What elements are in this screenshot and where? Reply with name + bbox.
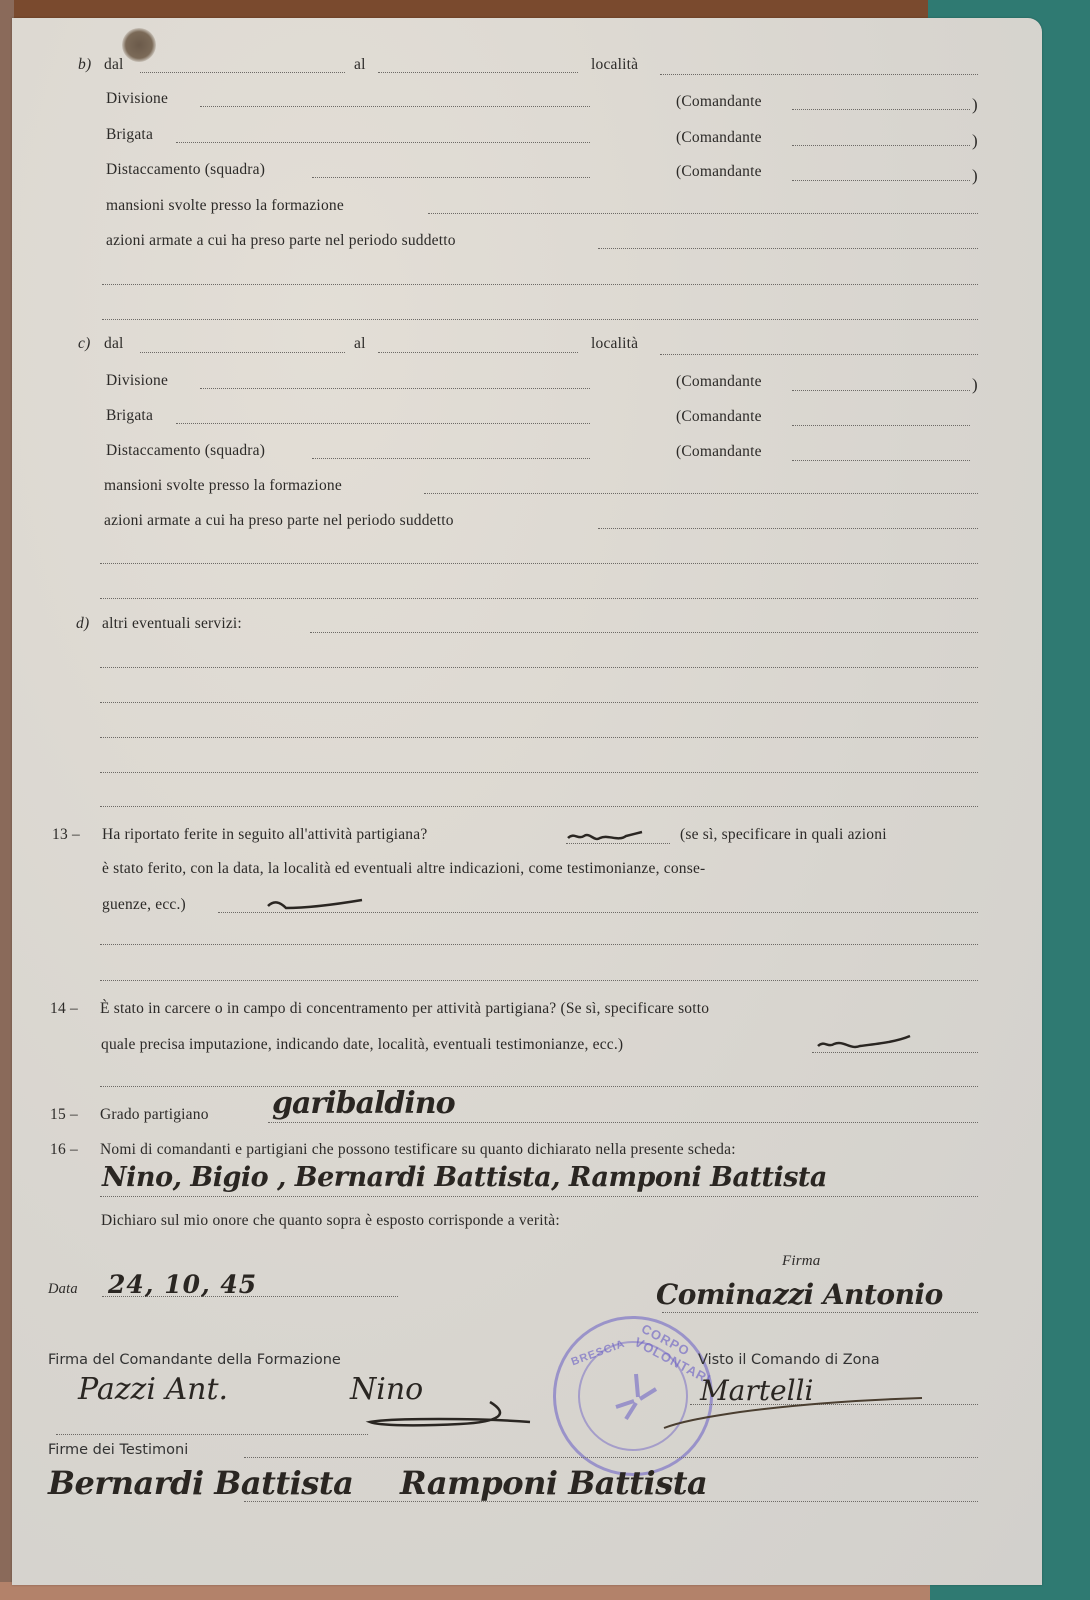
azioni-label: azioni armate a cui ha preso parte nel p… bbox=[106, 232, 456, 250]
al-label: al bbox=[354, 335, 366, 353]
section-marker: b) bbox=[78, 56, 104, 74]
testimoni-question-text: Nomi di comandanti e partigiani che poss… bbox=[100, 1141, 736, 1159]
mansioni-label: mansioni svolte presso la formazione bbox=[104, 477, 342, 495]
close-paren: ) bbox=[972, 375, 978, 395]
firma-label: Firma bbox=[782, 1253, 821, 1270]
divisione-field[interactable] bbox=[200, 106, 590, 107]
al-label: al bbox=[354, 56, 366, 74]
comando-zona-label: Visto il Comando di Zona bbox=[698, 1352, 880, 1368]
section-b-dates-row: b) dal bbox=[78, 56, 124, 74]
comandante-label: (Comandante bbox=[676, 163, 762, 181]
divisione-field[interactable] bbox=[200, 388, 590, 389]
altri-servizi-field-continued[interactable] bbox=[100, 667, 978, 668]
question-text: Ha riportato ferite in seguito all'attiv… bbox=[102, 826, 427, 844]
azioni-field[interactable] bbox=[598, 528, 978, 529]
signature-underline bbox=[660, 1392, 930, 1432]
altri-servizi-field-continued[interactable] bbox=[100, 806, 978, 807]
data-label: Data bbox=[48, 1281, 78, 1298]
altri-servizi-field-continued[interactable] bbox=[100, 772, 978, 773]
close-paren: ) bbox=[972, 131, 978, 151]
comandante-divisione-field[interactable] bbox=[792, 109, 970, 110]
question-text: È stato in carcere o in campo di concent… bbox=[100, 1000, 709, 1018]
firma-field[interactable] bbox=[662, 1312, 978, 1313]
mansioni-field[interactable] bbox=[428, 213, 978, 214]
distaccamento-field[interactable] bbox=[312, 458, 590, 459]
ferite-details-continued[interactable] bbox=[100, 980, 978, 981]
azioni-field-continued[interactable] bbox=[102, 284, 978, 285]
ink-stain bbox=[122, 28, 156, 62]
comandante-label: (Comandante bbox=[676, 129, 762, 147]
comandante-brigata-field[interactable] bbox=[792, 425, 970, 426]
firma-signature: Cominazzi Antonio bbox=[656, 1278, 943, 1311]
distaccamento-label: Distaccamento (squadra) bbox=[106, 161, 265, 179]
altri-servizi-field[interactable] bbox=[310, 632, 978, 633]
comandante-label: (Comandante bbox=[676, 93, 762, 111]
divisione-label: Divisione bbox=[106, 90, 168, 108]
altri-servizi-label: altri eventuali servizi: bbox=[102, 615, 242, 633]
document-page bbox=[12, 18, 1042, 1585]
brigata-label: Brigata bbox=[106, 126, 153, 144]
declaration: Dichiaro sul mio onore che quanto sopra … bbox=[101, 1212, 560, 1230]
mansioni-label: mansioni svolte presso la formazione bbox=[106, 197, 344, 215]
distaccamento-label: Distaccamento (squadra) bbox=[106, 442, 265, 460]
ferite-details-continued[interactable] bbox=[100, 944, 978, 945]
firma-label-row: Firma bbox=[782, 1253, 821, 1270]
altri-servizi-field-continued[interactable] bbox=[100, 702, 978, 703]
comandante-brigata-field[interactable] bbox=[792, 145, 970, 146]
dal-label: dal bbox=[104, 56, 124, 74]
comandante-distaccamento-field[interactable] bbox=[792, 460, 970, 461]
testimoni-names-field[interactable] bbox=[100, 1196, 978, 1197]
question-number: 15 – bbox=[50, 1106, 100, 1124]
testimoni-field[interactable] bbox=[244, 1457, 978, 1458]
localita-label: località bbox=[591, 56, 638, 74]
azioni-field-continued[interactable] bbox=[102, 319, 978, 320]
testimoni-names-handwritten: Nino, Bigio , Bernardi Battista, Ramponi… bbox=[102, 1162, 827, 1193]
section-marker: c) bbox=[78, 335, 104, 353]
comandante-formazione-label: Firma del Comandante della Formazione bbox=[48, 1352, 341, 1368]
comandante-distaccamento-field[interactable] bbox=[792, 180, 970, 181]
azioni-field-continued[interactable] bbox=[100, 598, 978, 599]
comandante-formazione-field[interactable] bbox=[56, 1434, 368, 1435]
comandante-label: (Comandante bbox=[676, 408, 762, 426]
dash-mark-icon bbox=[266, 896, 366, 916]
altri-servizi-field-continued[interactable] bbox=[100, 737, 978, 738]
localita-field[interactable] bbox=[660, 74, 978, 75]
azioni-label: azioni armate a cui ha preso parte nel p… bbox=[104, 512, 454, 530]
dash-mark-icon bbox=[816, 1034, 916, 1056]
mansioni-field[interactable] bbox=[424, 493, 978, 494]
close-paren: ) bbox=[972, 95, 978, 115]
data-handwritten-value: 24, 10, 45 bbox=[108, 1270, 257, 1299]
dash-mark-icon bbox=[566, 828, 646, 848]
localita-field[interactable] bbox=[660, 354, 978, 355]
question-text: (se sì, specificare in quali azioni bbox=[680, 826, 887, 844]
question-number: 16 – bbox=[50, 1141, 100, 1159]
question-number: 13 – bbox=[52, 826, 102, 844]
stamp-star-icon bbox=[606, 1369, 666, 1429]
azioni-field-continued[interactable] bbox=[100, 563, 978, 564]
al-field[interactable] bbox=[378, 352, 578, 353]
dal-field[interactable] bbox=[140, 352, 345, 353]
section-marker: d) bbox=[76, 615, 102, 633]
declaration-text: Dichiaro sul mio onore che quanto sopra … bbox=[101, 1212, 560, 1230]
carcere-details-field[interactable] bbox=[100, 1086, 978, 1087]
close-paren: ) bbox=[972, 166, 978, 186]
brigata-label: Brigata bbox=[106, 407, 153, 425]
question-text: quale precisa imputazione, indicando dat… bbox=[101, 1036, 623, 1054]
comandante-divisione-field[interactable] bbox=[792, 390, 970, 391]
comandante-label: (Comandante bbox=[676, 373, 762, 391]
signature-underline bbox=[360, 1400, 540, 1430]
grado-field[interactable] bbox=[268, 1122, 978, 1123]
testimone-signature-2: Ramponi Battista bbox=[400, 1464, 707, 1502]
dal-field[interactable] bbox=[140, 72, 345, 73]
divisione-label: Divisione bbox=[106, 372, 168, 390]
question-text: è stato ferito, con la data, la località… bbox=[102, 860, 705, 878]
comandante-signature-1: Pazzi Ant. bbox=[78, 1372, 228, 1407]
azioni-field[interactable] bbox=[598, 248, 978, 249]
al-field[interactable] bbox=[378, 72, 578, 73]
localita-label: località bbox=[591, 335, 638, 353]
comandante-label: (Comandante bbox=[676, 443, 762, 461]
grado-label: Grado partigiano bbox=[100, 1106, 209, 1124]
dal-label: dal bbox=[104, 335, 124, 353]
testimoni-label: Firme dei Testimoni bbox=[48, 1442, 188, 1458]
data-label-row: Data bbox=[48, 1281, 78, 1298]
question-text: guenze, ecc.) bbox=[102, 896, 186, 914]
grado-handwritten-answer: garibaldino bbox=[272, 1086, 455, 1121]
brigata-field[interactable] bbox=[176, 142, 590, 143]
testimone-signature-1: Bernardi Battista bbox=[48, 1464, 353, 1502]
question-number: 14 – bbox=[50, 1000, 100, 1018]
distaccamento-field[interactable] bbox=[312, 177, 590, 178]
brigata-field[interactable] bbox=[176, 423, 590, 424]
